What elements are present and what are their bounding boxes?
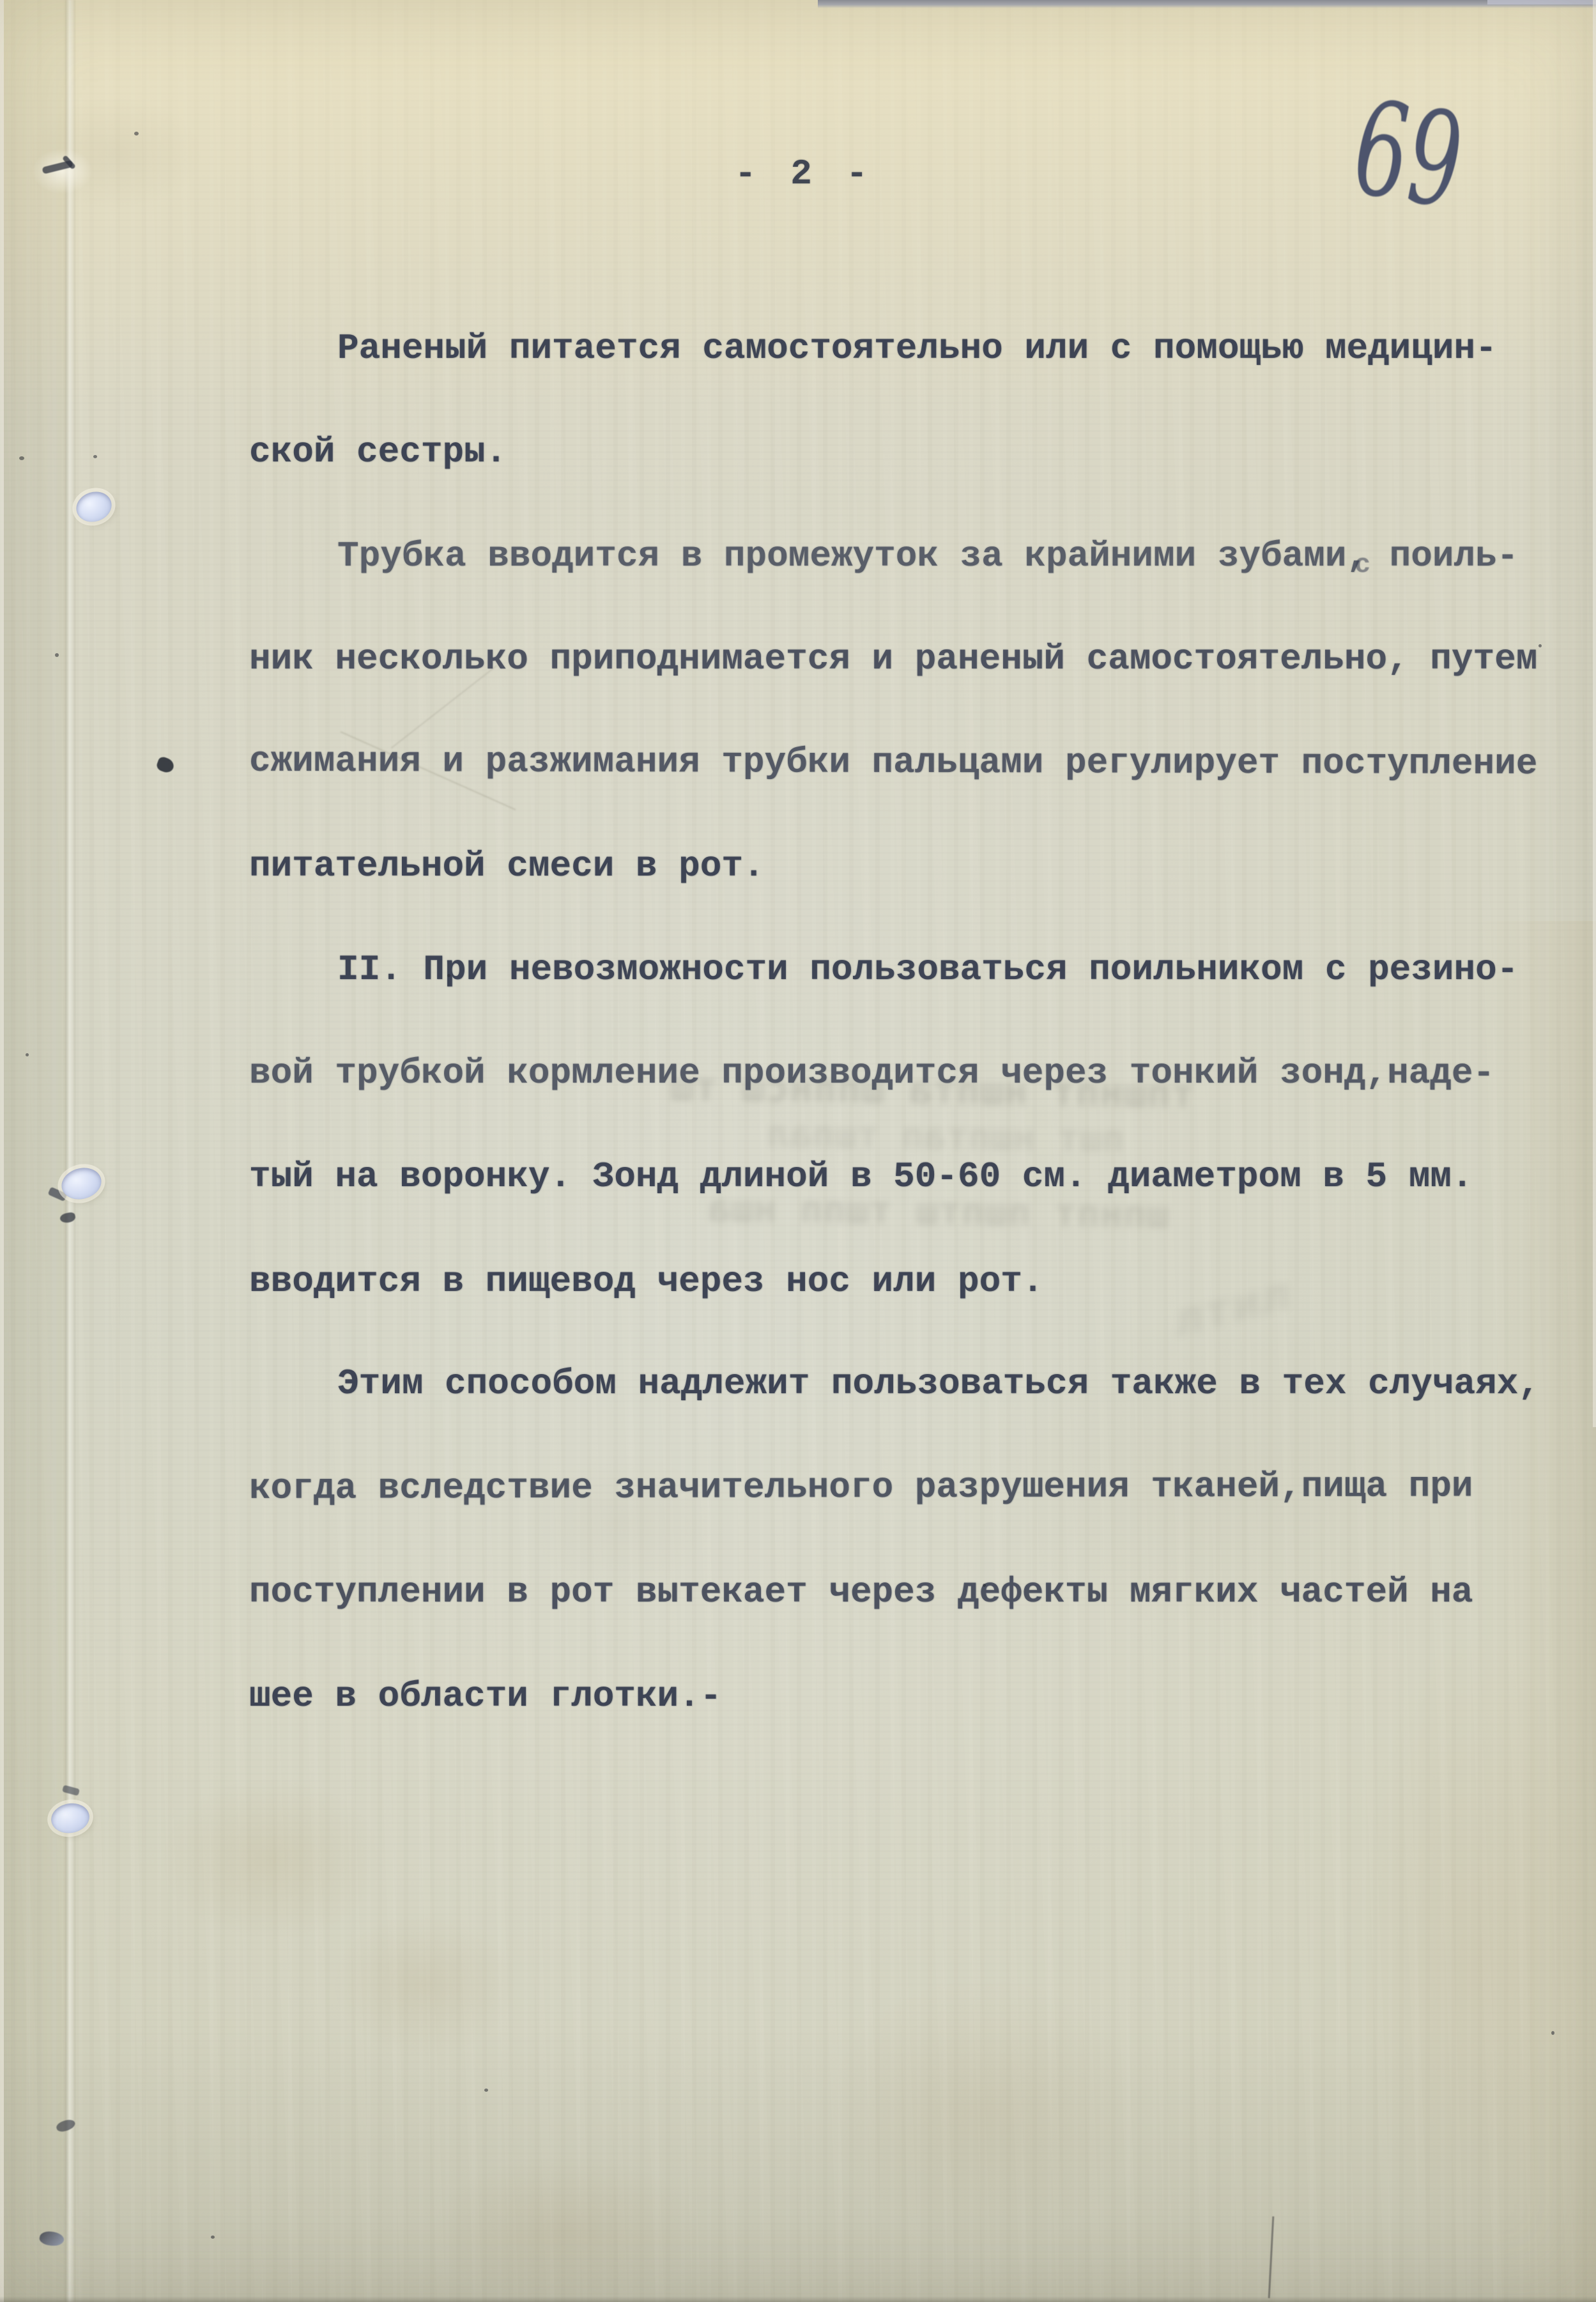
- scanned-document-page: тпшнпт ншпта шппнсш тш пшт ншптап тшпал …: [0, 0, 1596, 2302]
- vignette: [0, 0, 1596, 2302]
